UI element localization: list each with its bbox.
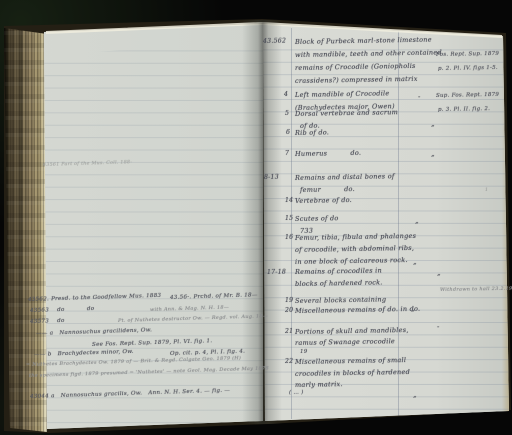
entry-line: ramus of Swanage crocodile — [295, 337, 395, 347]
ditto-mark: „ — [437, 269, 441, 277]
ditto-mark: „ — [431, 150, 435, 158]
entry-line: 19 — [300, 349, 308, 355]
item-number: 20 — [285, 307, 293, 314]
entry-line: Dorsal vertebrae and sacrum — [295, 108, 398, 118]
entry-line: Miscellaneous remains of do. in do. — [295, 305, 420, 315]
entry-line: marly matrix. — [295, 380, 343, 389]
entry-line: Remains of crocodiles in — [295, 266, 382, 276]
reference-line: p. 3. Pl. II. fig. 2. — [438, 106, 490, 113]
entry-line: blocks of hardened rock. — [295, 278, 383, 288]
pencil-note: Withdrawn to hall 23.2.1904 — [440, 286, 512, 293]
entry-line: in one block of calcareous rock. — [295, 256, 408, 266]
ditto-mark: - — [418, 93, 421, 101]
item-number: 17-18 — [267, 269, 286, 276]
item-number: 5 — [285, 110, 289, 117]
entry-line: Rib of do. — [295, 128, 329, 137]
item-number: 22 — [285, 358, 293, 365]
entry-line: femur do. — [300, 185, 355, 194]
ditto-mark: „ — [415, 217, 419, 225]
item-number: 14 — [285, 197, 293, 204]
ledger-photo: 43561 Part of the Mus. Coll. 188-43562. … — [0, 0, 512, 435]
ditto-mark: „ — [413, 258, 417, 266]
entry-line: Portions of skull and mandibles, — [295, 326, 409, 336]
item-number: 7 — [285, 150, 289, 157]
entry-line: Remains and distal bones of — [295, 172, 395, 182]
item-number: 4 — [284, 91, 288, 98]
entry-line: Several blocks containing — [295, 295, 386, 305]
item-number: 19 — [285, 297, 293, 304]
reference-line: p. 2. Pl. IV. figs 1-5. — [438, 65, 498, 72]
ditto-mark: „ — [411, 305, 415, 313]
item-number: 8-13 — [264, 174, 279, 181]
right-page-text-layer: 43.562Block of Purbeck marl-stone limest… — [0, 0, 512, 435]
item-number: 16 — [285, 234, 293, 241]
ditto-mark: „ — [431, 120, 435, 128]
reference-line: Sup. Fos. Rept. 1879 — [436, 92, 499, 99]
reference-line: Fos. Rept. Sup. 1879 — [436, 51, 499, 58]
entry-line: crocodiles in blocks of hardened — [295, 368, 410, 378]
entry-line: remains of Crocodile (Goniopholis — [295, 62, 416, 72]
entry-line: Left mandible of Crocodile — [295, 89, 390, 99]
entry-line: Humerus do. — [295, 149, 361, 158]
entry-line: Scutes of do — [295, 214, 339, 223]
item-number: 15 — [285, 215, 293, 222]
item-number: 6 — [286, 129, 290, 136]
entry-line: ( … ) — [289, 390, 304, 396]
entry-line: Block of Purbeck marl-stone limestone — [295, 36, 432, 46]
entry-line: Femur, tibia, fibula and phalanges — [295, 232, 416, 242]
item-number: 21 — [285, 328, 293, 335]
ditto-mark: „ — [413, 391, 417, 399]
entry-line: Vertebrae of do. — [295, 196, 352, 205]
ditto-mark: - — [437, 323, 440, 331]
entry-line: crassidens?) compressed in matrix — [295, 75, 418, 85]
pencil-mark: 1 — [485, 188, 488, 193]
entry-line: Miscellaneous remains of small — [295, 356, 406, 366]
register-number: 43.562 — [263, 38, 286, 45]
entry-line: with mandible, teeth and other contained — [295, 48, 442, 59]
entry-line: of crocodile, with abdominal ribs, — [295, 244, 414, 254]
